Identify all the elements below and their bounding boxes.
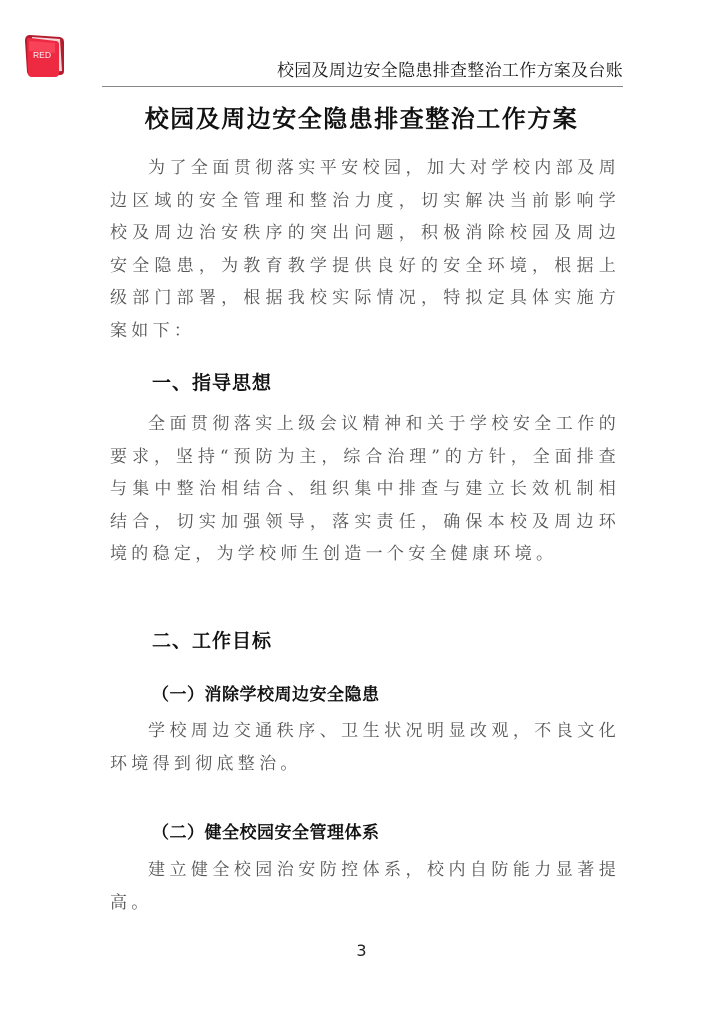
running-header-title: 校园及周边安全隐患排查整治工作方案及台账 <box>102 56 623 81</box>
header-divider <box>102 86 623 87</box>
svg-text:RED: RED <box>33 50 51 60</box>
section-heading-guiding-ideology: 一、指导思想 <box>152 368 272 395</box>
intro-paragraph: 为了全面贯彻落实平安校园，加大对学校内部及周边区域的安全管理和整治力度，切实解决… <box>110 152 620 347</box>
red-book-logo-icon: RED <box>22 31 68 81</box>
section-heading-work-goals: 二、工作目标 <box>152 626 272 653</box>
guiding-ideology-paragraph: 全面贯彻落实上级会议精神和关于学校安全工作的要求，坚持“预防为主，综合治理”的方… <box>110 408 620 571</box>
page-number: 3 <box>0 941 723 960</box>
document-title: 校园及周边安全隐患排查整治工作方案 <box>0 99 723 134</box>
safety-management-paragraph: 建立健全校园治安防控体系，校内自防能力显著提高。 <box>110 854 620 919</box>
eliminate-hazards-paragraph: 学校周边交通秩序、卫生状况明显改观，不良文化环境得到彻底整治。 <box>110 715 620 780</box>
subsection-heading-eliminate-hazards: （一）消除学校周边安全隐患 <box>152 680 380 705</box>
subsection-heading-safety-management: （二）健全校园安全管理体系 <box>152 818 380 843</box>
